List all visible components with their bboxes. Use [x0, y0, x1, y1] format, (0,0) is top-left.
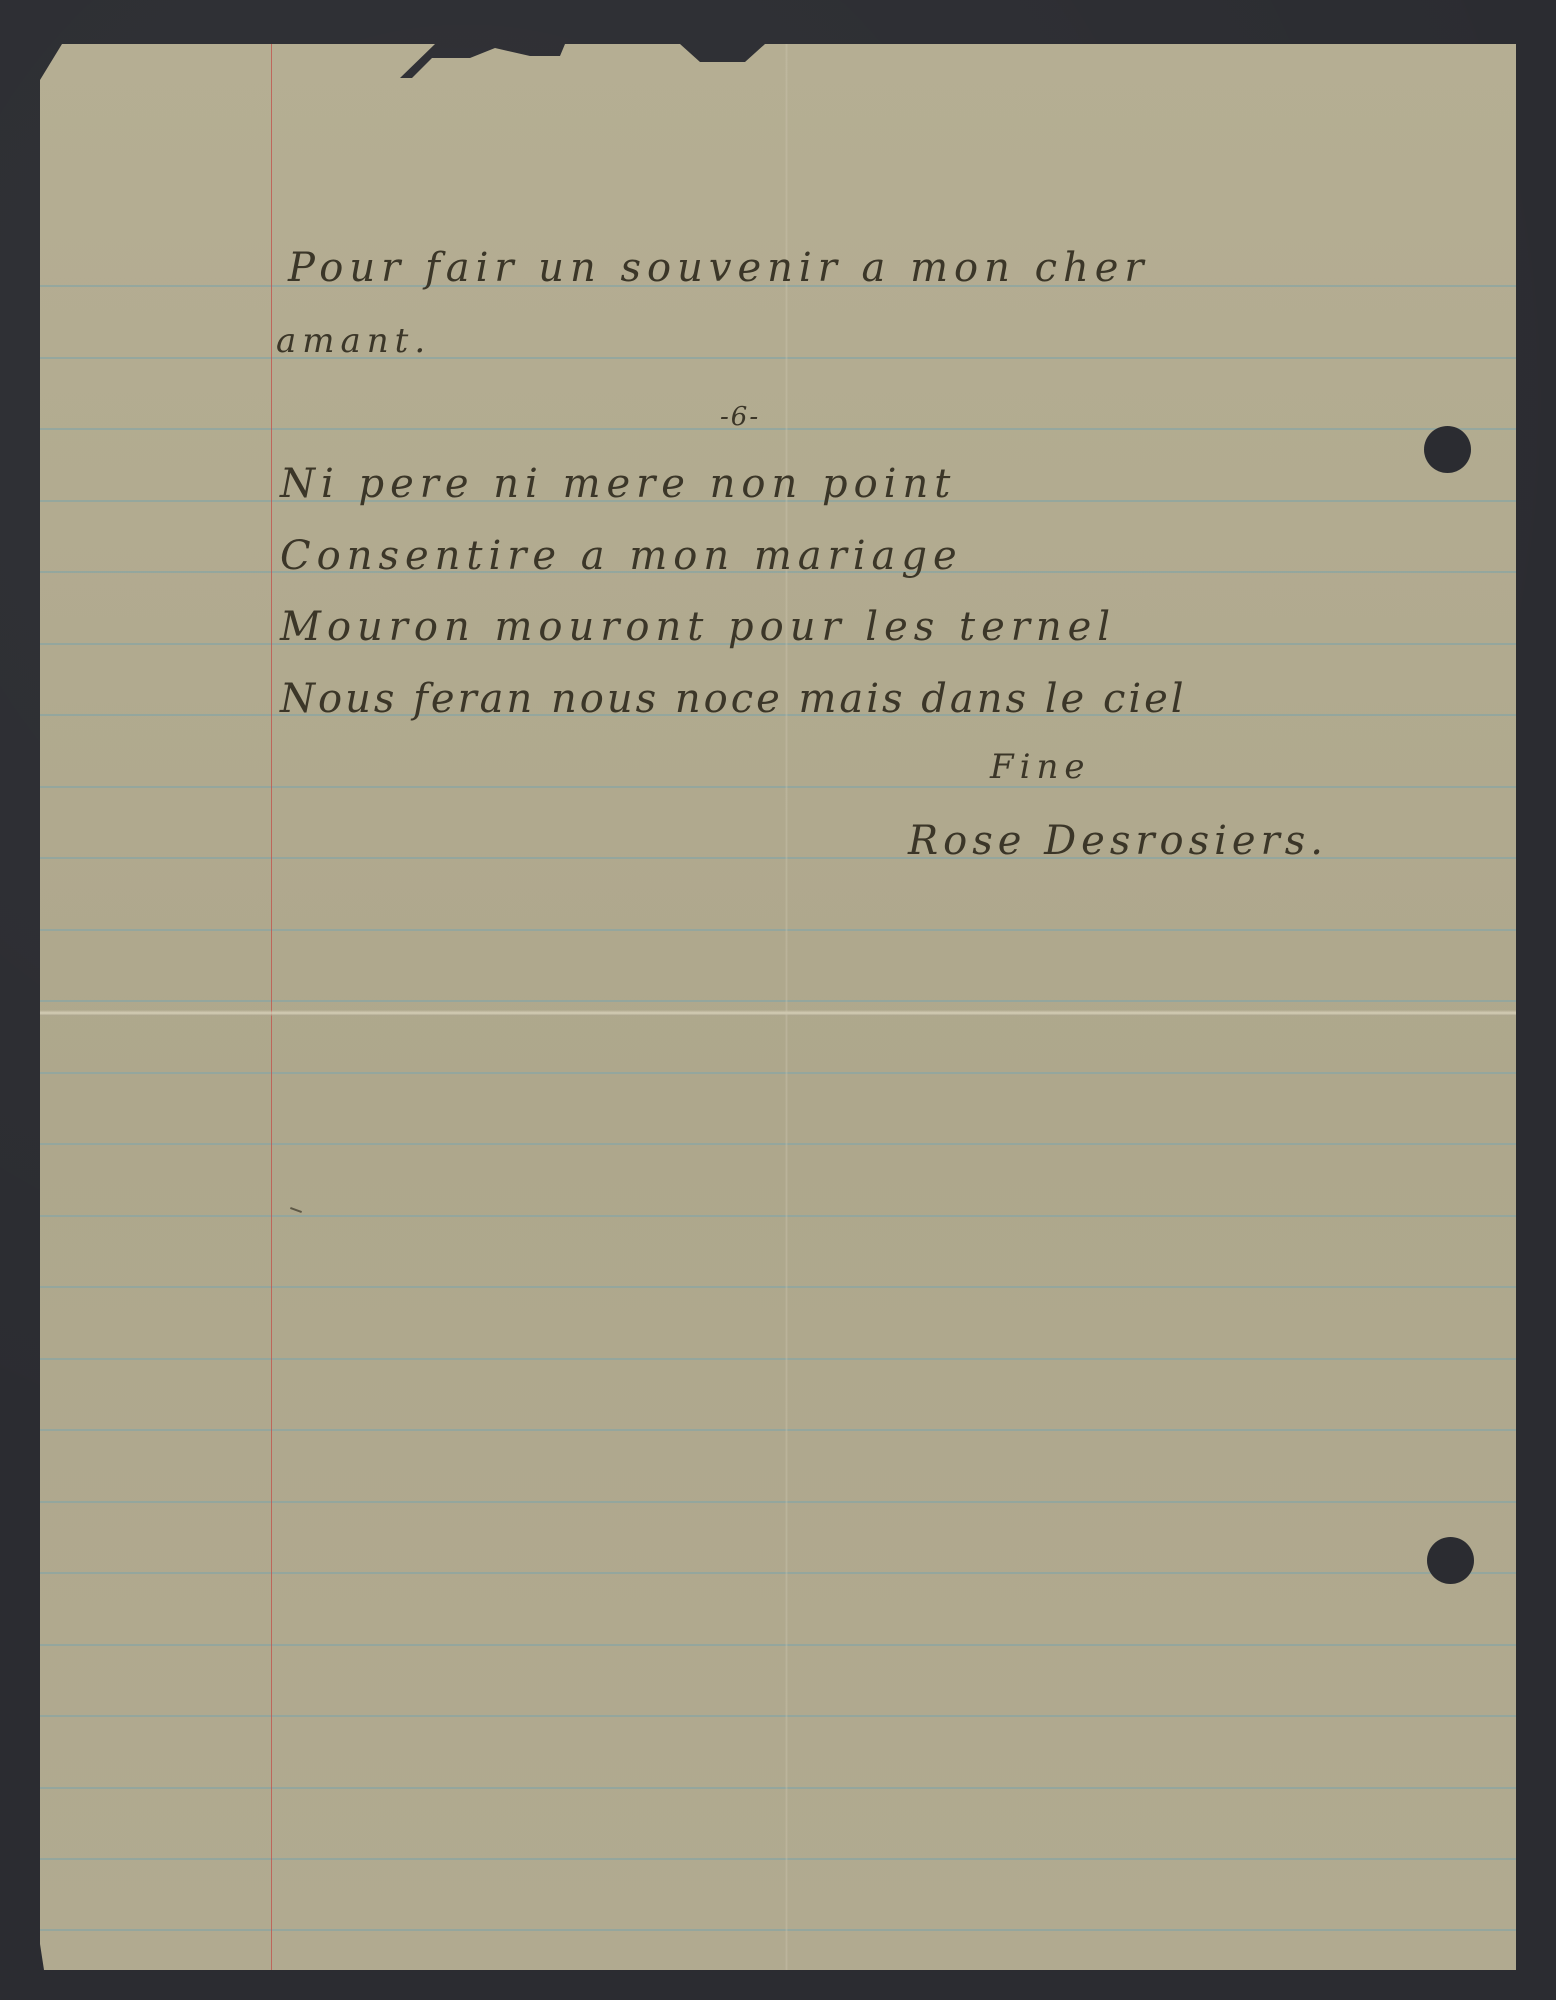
- vertical-fold-crease: [785, 44, 788, 1970]
- ruled-line: [40, 1143, 1516, 1145]
- ruled-line: [40, 1000, 1516, 1002]
- ruled-line: [40, 1929, 1516, 1931]
- stanza-line-2: Consentire a mon mariage: [280, 536, 963, 576]
- red-margin-line: [271, 44, 272, 1970]
- ruled-line: [40, 1501, 1516, 1503]
- punch-hole-top: [1424, 426, 1471, 473]
- ruled-line: [40, 1787, 1516, 1789]
- ruled-line: [40, 1429, 1516, 1431]
- ruled-line: [40, 1286, 1516, 1288]
- ruled-line: [40, 1072, 1516, 1074]
- page-marker: -6-: [720, 404, 760, 430]
- stanza-line-4: Nous feran nous noce mais dans le ciel: [280, 679, 1187, 719]
- ruled-line: [40, 1215, 1516, 1217]
- ruled-line: [40, 428, 1516, 430]
- horizontal-fold-crease: [40, 1010, 1516, 1016]
- ink-mark: [290, 1207, 302, 1213]
- ruled-line: [40, 1644, 1516, 1646]
- ruled-line: [40, 786, 1516, 788]
- closing-fine: Fine: [990, 750, 1090, 784]
- ruled-line: [40, 1572, 1516, 1574]
- ruled-line: [40, 1858, 1516, 1860]
- ruled-paper-sheet: Pour fair un souvenir a mon cher amant. …: [40, 44, 1516, 1970]
- signature: Rose Desrosiers.: [908, 821, 1328, 861]
- ruled-line: [40, 357, 1516, 359]
- text-line-1: Pour fair un souvenir a mon cher: [288, 248, 1150, 288]
- ruled-line: [40, 1358, 1516, 1360]
- text-line-2: amant.: [276, 324, 431, 358]
- ruled-line: [40, 1715, 1516, 1717]
- ruled-line: [40, 929, 1516, 931]
- punch-hole-bottom: [1427, 1537, 1474, 1584]
- stanza-line-1: Ni pere ni mere non point: [280, 464, 956, 504]
- stanza-line-3: Mouron mouront pour les ternel: [280, 607, 1116, 647]
